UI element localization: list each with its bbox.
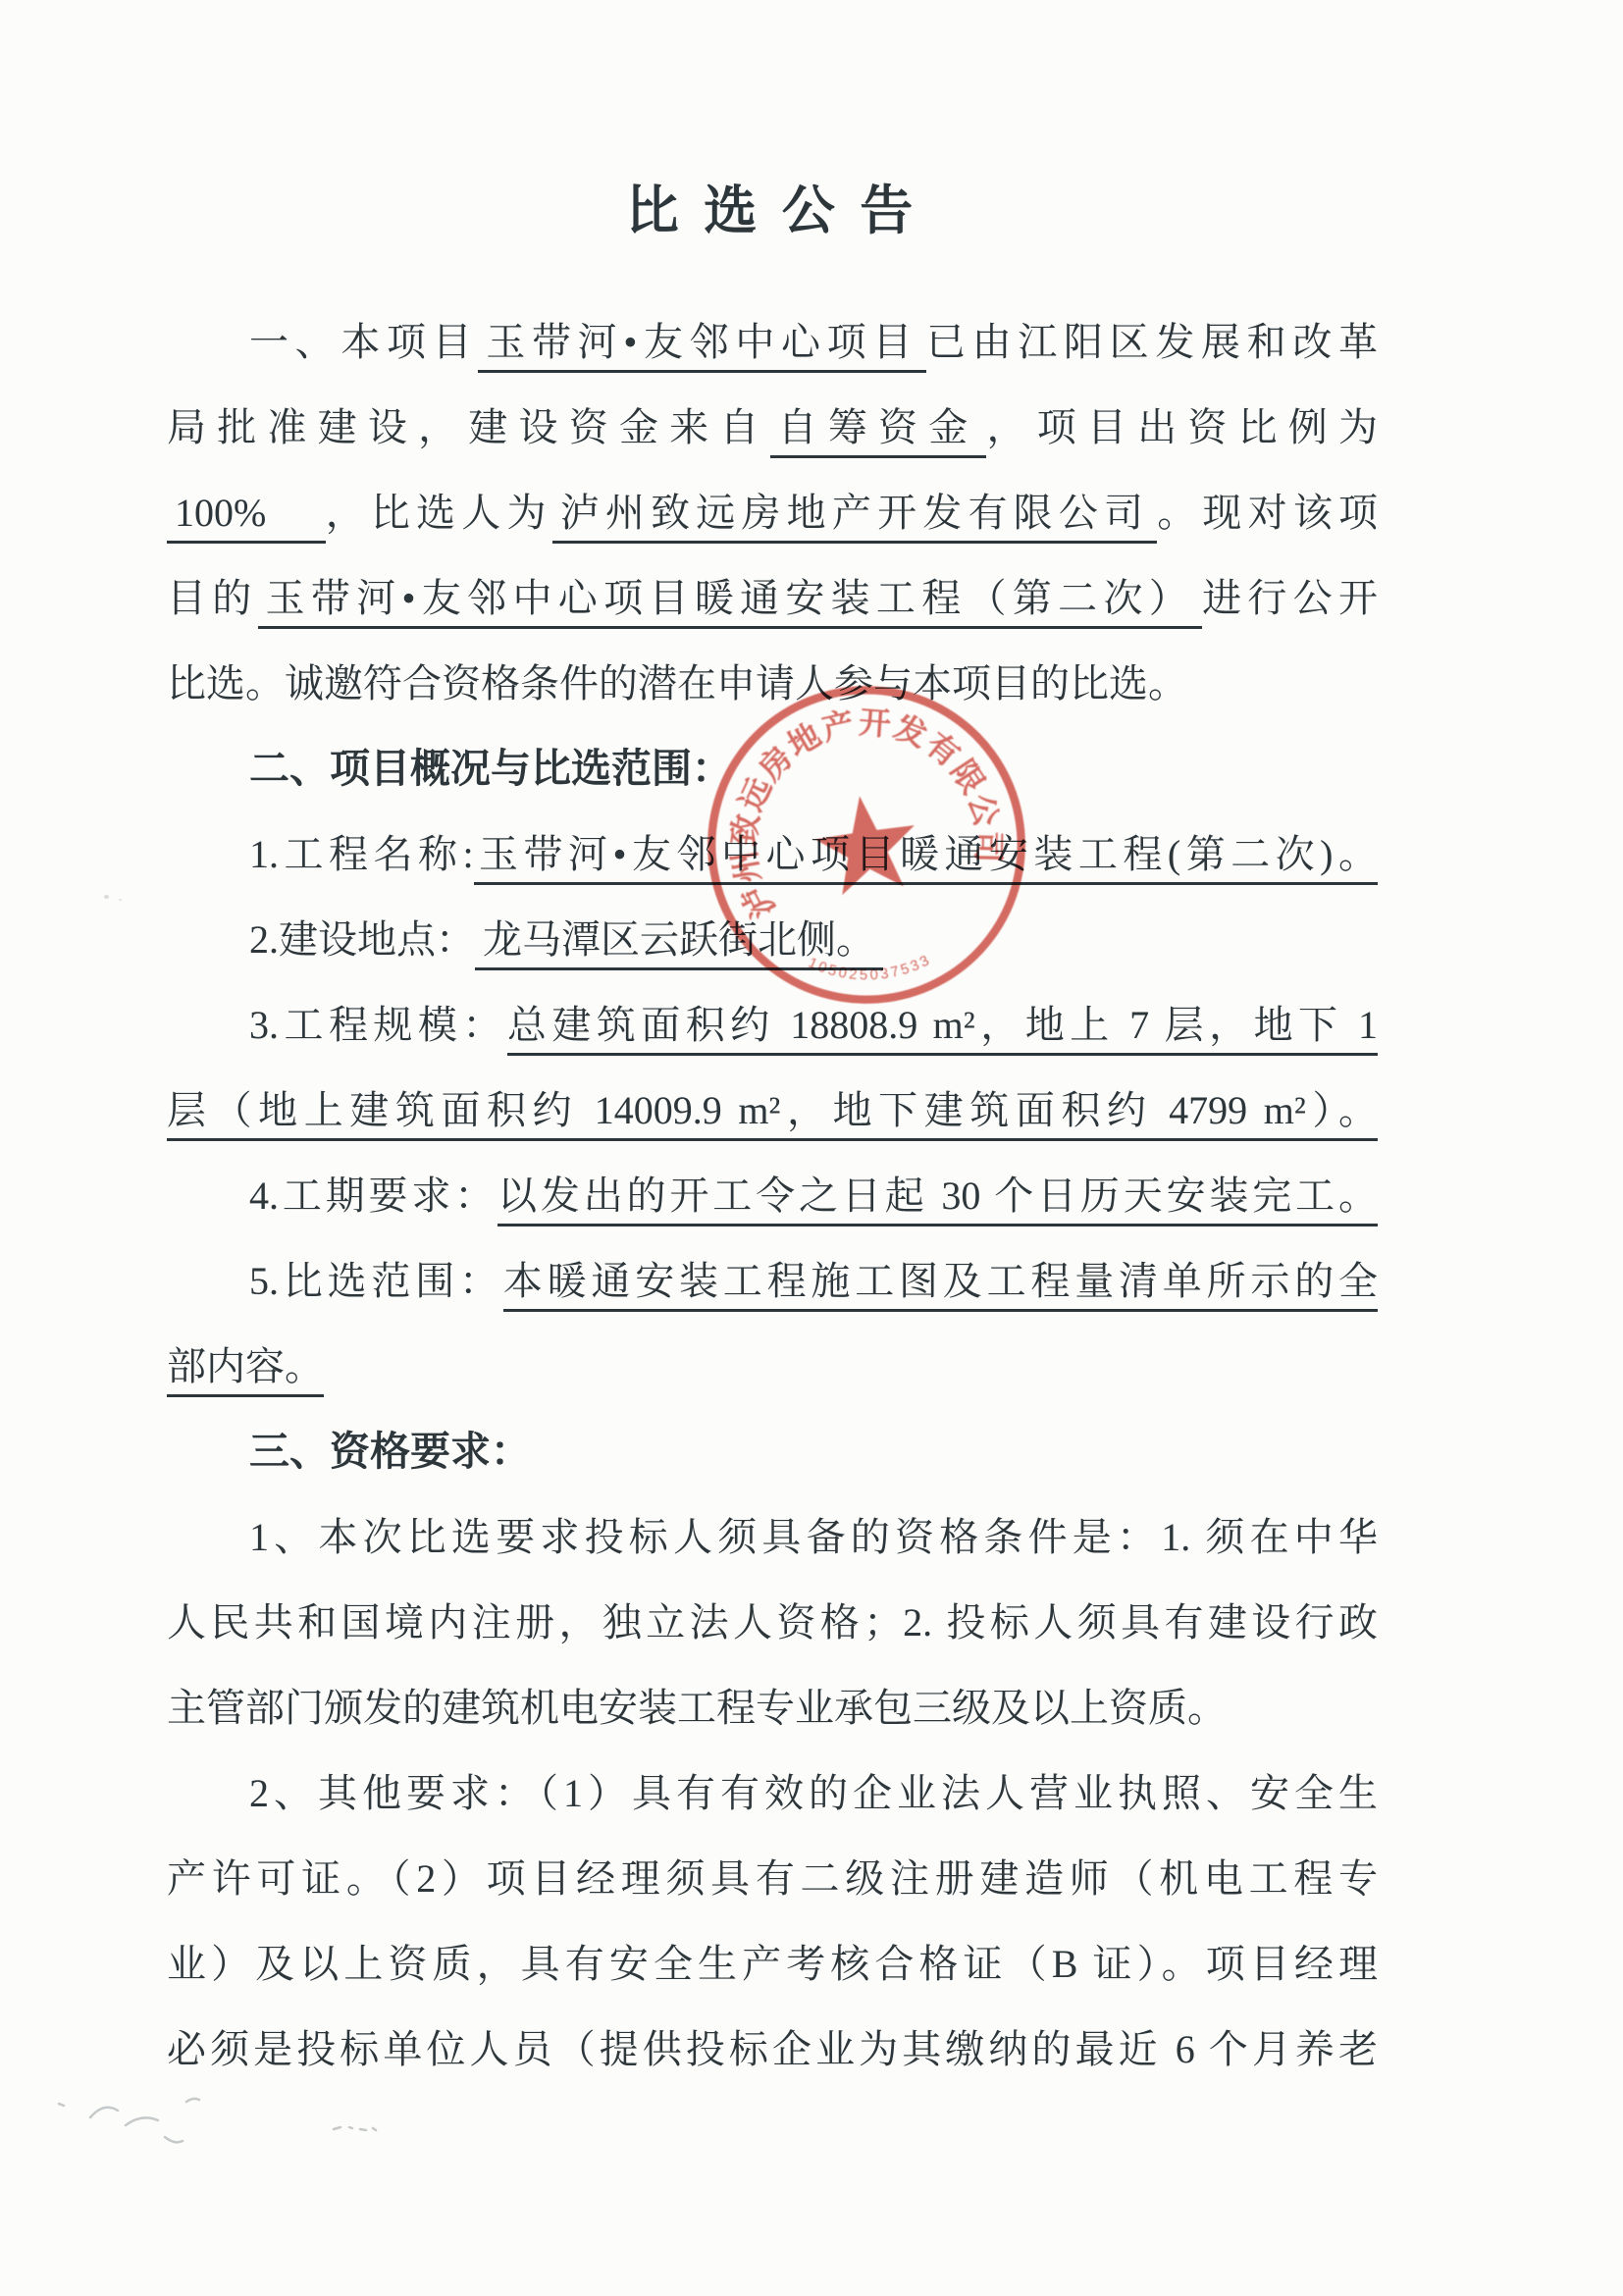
blank-funding-ratio: 100% — [167, 491, 326, 544]
section3-para-2-line-1: 2、其他要求：（1）具有有效的企业法人营业执照、安全生 — [167, 1750, 1378, 1836]
item-value: 本暖通安装工程施工图及工程量清单所示的全 — [503, 1259, 1378, 1312]
text-run: 产许可证。（2）项目经理须具有二级注册建造师（机电工程专 — [167, 1856, 1378, 1901]
text-run: 已由江阳区发展和改革 — [926, 320, 1378, 364]
item-value: 玉带河•友邻中心项目暖通安装工程(第二次)。 — [474, 832, 1378, 885]
section2-item-3-line-2: 层（地上建筑面积约 14009.9 m²，地下建筑面积约 4799 m²）。 — [167, 1068, 1378, 1153]
item-label: 1.工程名称: — [249, 832, 474, 876]
intro-line-5: 比选。诚邀符合资格条件的潜在申请人参与本项目的比选。 — [167, 641, 1378, 726]
heading-text: 二、项目概况与比选范围： — [249, 746, 732, 791]
announcement-page: 比 选 公 告 一、本项目玉带河•友邻中心项目已由江阳区发展和改革 局批准建设，… — [0, 0, 1623, 2296]
item-value: 层（地上建筑面积约 14009.9 m²，地下建筑面积约 4799 m²）。 — [167, 1088, 1378, 1141]
page-title: 比 选 公 告 — [167, 183, 1378, 239]
section2-item-2: 2.建设地点：龙马潭区云跃街北侧。 — [167, 897, 1378, 982]
blank-funding-source: 自筹资金 — [770, 405, 987, 458]
blank-tender-name: 玉带河•友邻中心项目暖通安装工程（第二次） — [258, 576, 1202, 629]
text-run: ，比选人为 — [326, 491, 552, 535]
item-label: 4.工期要求： — [249, 1174, 497, 1218]
heading-text: 三、资格要求： — [249, 1429, 531, 1474]
section2-heading: 二、项目概况与比选范围： — [167, 726, 1378, 811]
section2-item-5-line-1: 5.比选范围：本暖通安装工程施工图及工程量清单所示的全 — [167, 1238, 1378, 1324]
item-value: 龙马潭区云跃街北侧。 — [475, 917, 883, 970]
item-label: 2.建设地点： — [249, 917, 475, 962]
intro-line-1: 一、本项目玉带河•友邻中心项目已由江阳区发展和改革 — [167, 299, 1378, 385]
section2-item-5-line-2: 部内容。 — [167, 1324, 1378, 1409]
text-run: ，项目出资比例为 — [986, 405, 1378, 449]
text-run: 。现对该项 — [1157, 491, 1378, 535]
scan-speck — [104, 895, 109, 899]
section2-item-1: 1.工程名称:玉带河•友邻中心项目暖通安装工程(第二次)。 — [167, 811, 1378, 897]
text-run: 人民共和国境内注册，独立法人资格；2. 投标人须具有建设行政 — [167, 1600, 1378, 1644]
section2-item-4: 4.工期要求：以发出的开工令之日起 30 个日历天安装完工。 — [167, 1153, 1378, 1238]
text-run: 目的 — [167, 576, 258, 620]
blank-selector-company: 泸州致远房地产开发有限公司 — [552, 491, 1158, 544]
item-value: 部内容。 — [167, 1344, 324, 1397]
section3-para-1-line-1: 1、本次比选要求投标人须具备的资格条件是：1. 须在中华 — [167, 1494, 1378, 1580]
item-label: 3.工程规模： — [249, 1003, 507, 1047]
blank-project-name: 玉带河•友邻中心项目 — [478, 320, 926, 373]
section3-para-2-line-3: 业）及以上资质，具有安全生产考核合格证（B 证）。项目经理 — [167, 1921, 1378, 2007]
text-run: 一、本项目 — [249, 320, 478, 364]
section3-para-2-line-4: 必须是投标单位人员（提供投标企业为其缴纳的最近 6 个月养老 — [167, 2007, 1378, 2092]
text-run: 进行公开 — [1202, 576, 1378, 620]
intro-line-2: 局批准建设，建设资金来自自筹资金，项目出资比例为 — [167, 385, 1378, 470]
text-run: 业）及以上资质，具有安全生产考核合格证（B 证）。项目经理 — [167, 1942, 1378, 1986]
section2-item-3-line-1: 3.工程规模：总建筑面积约 18808.9 m²，地上 7 层，地下 1 — [167, 982, 1378, 1068]
document-body: 一、本项目玉带河•友邻中心项目已由江阳区发展和改革 局批准建设，建设资金来自自筹… — [167, 299, 1378, 2092]
intro-line-4: 目的玉带河•友邻中心项目暖通安装工程（第二次）进行公开 — [167, 555, 1378, 641]
intro-line-3: 100% ，比选人为泸州致远房地产开发有限公司。现对该项 — [167, 470, 1378, 555]
text-run: 比选。诚邀符合资格条件的潜在申请人参与本项目的比选。 — [167, 661, 1187, 705]
section3-para-1-line-2: 人民共和国境内注册，独立法人资格；2. 投标人须具有建设行政 — [167, 1580, 1378, 1665]
section3-heading: 三、资格要求： — [167, 1409, 1378, 1494]
text-run: 2、其他要求：（1）具有有效的企业法人营业执照、安全生 — [249, 1771, 1378, 1815]
item-value: 总建筑面积约 18808.9 m²，地上 7 层，地下 1 — [507, 1003, 1378, 1056]
text-run: 主管部门颁发的建筑机电安装工程专业承包三级及以上资质。 — [167, 1686, 1227, 1730]
text-run: 必须是投标单位人员（提供投标企业为其缴纳的最近 6 个月养老 — [167, 2027, 1378, 2071]
text-run: 局批准建设，建设资金来自 — [167, 405, 770, 449]
item-value: 以发出的开工令之日起 30 个日历天安装完工。 — [497, 1174, 1378, 1226]
section3-para-2-line-2: 产许可证。（2）项目经理须具有二级注册建造师（机电工程专 — [167, 1836, 1378, 1921]
section3-para-1-line-3: 主管部门颁发的建筑机电安装工程专业承包三级及以上资质。 — [167, 1665, 1378, 1750]
text-run: 1、本次比选要求投标人须具备的资格条件是：1. 须在中华 — [249, 1515, 1378, 1559]
item-label: 5.比选范围： — [249, 1259, 503, 1303]
